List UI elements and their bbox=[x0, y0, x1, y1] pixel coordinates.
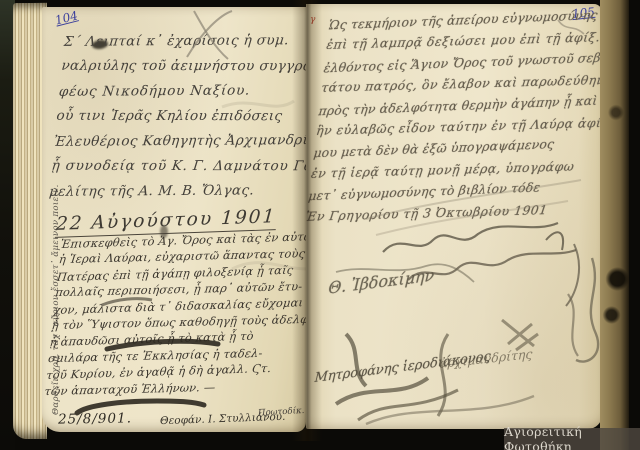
left-entry-second: Ἐπισκεφθεὶς τὸ Ἁγ. Ὄρος καὶ τὰς ἐν αὐτῷ … bbox=[44, 229, 306, 401]
page-block-edge bbox=[600, 0, 629, 450]
footer-date: 25/8/901. bbox=[58, 410, 132, 427]
handwriting-line: μελίτης τῆς Α. Μ. Β. Ὄλγας. bbox=[48, 178, 301, 205]
signature-evdokimen: Θ. Ἰβδοκίμην bbox=[328, 265, 435, 297]
right-entry: Ὡς τεκμήριον τῆς ἀπείρου εὐγνωμοσύνης μο… bbox=[306, 5, 602, 229]
left-entry-first: Σ΄ Λειπταί κ᾽ ἐχαρίσοις ἡ συμ. ναλριύλης… bbox=[45, 28, 306, 236]
handwriting-line: ᾗ συνοδείᾳ τοῦ Κ. Γ. Δαμνάτου Γαρ- bbox=[50, 154, 303, 179]
handwriting-line: Σ΄ Λειπταί κ᾽ ἐχαρίσοις ἡ συμ. bbox=[63, 28, 306, 55]
page-number-left: 104 bbox=[54, 8, 80, 27]
book-gutter-shadow bbox=[292, 0, 322, 441]
handwriting-line: οὗ τινι Ἱερᾶς Κηλίου ἐπιδόσεις bbox=[55, 104, 306, 129]
photo-archive-watermark: Αγιορειτική Φωτοθήκη bbox=[504, 428, 640, 450]
handwriting-line: Ἐλευθέριος Καθηγητὴς Ἀρχιμανδρίτης bbox=[53, 128, 306, 155]
right-page: 105 γ Ὡς τεκμήριον τῆς ἀπείρου εὐγνωμοσύ… bbox=[306, 4, 602, 429]
manuscript-photo: 104 Σ΄ Λειπταί κ᾽ ἐχαρίσοις ἡ συμ. ναλρι… bbox=[0, 0, 640, 450]
handwriting-line: ναλριύλης τοῦ ἀειμνήστου συγγρα- bbox=[60, 54, 306, 79]
left-page: 104 Σ΄ Λειπταί κ᾽ ἐχαρίσοις ἡ συμ. ναλρι… bbox=[42, 7, 306, 432]
handwriting-line: φέως Νικοδήμου Ναξίου. bbox=[58, 78, 306, 105]
margin-note-vertical: Θαρσεῖν χρή, τάχ᾽ αὔριον ἔσσετ᾽ ἄμεινον … bbox=[51, 219, 61, 415]
watermark-label: Αγιορειτική Φωτοθήκη bbox=[504, 424, 640, 450]
